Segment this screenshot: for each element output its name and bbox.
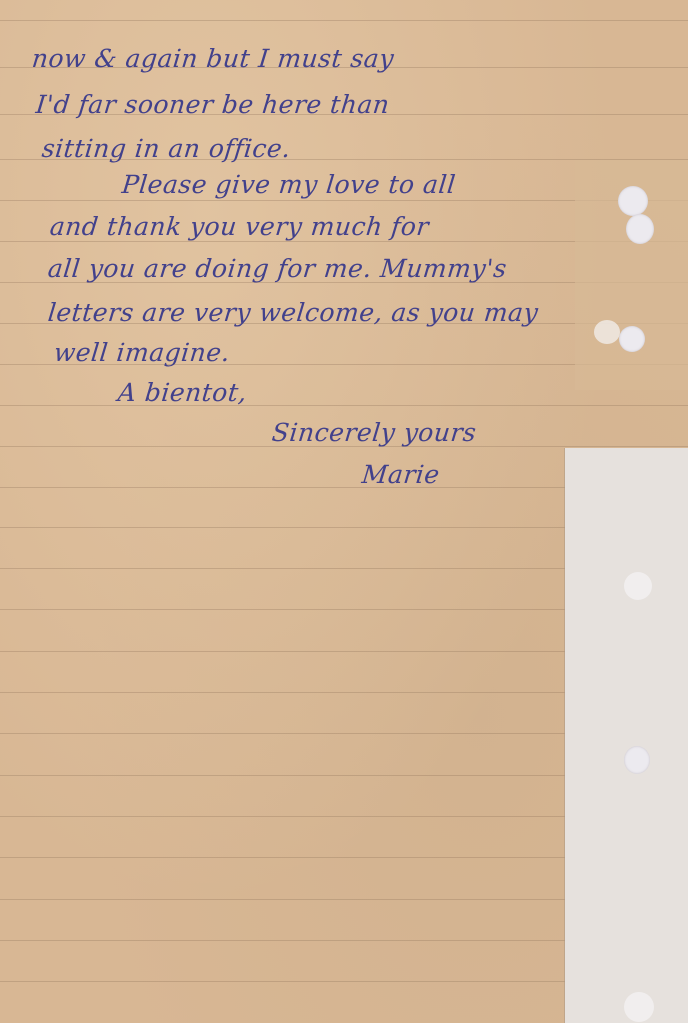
ruled-line [0,899,565,900]
letter-line: well imagine. [52,338,231,367]
ruled-line [0,692,565,693]
punch-hole [626,214,654,244]
closing: Sincerely yours [270,418,477,447]
punch-hole [594,320,620,344]
punch-hole [618,186,648,216]
ruled-line [0,775,565,776]
signature: Marie [360,460,441,489]
ruled-line [0,405,688,406]
letter-line: all you are doing for me. Mummy's [46,254,508,283]
ruled-line [0,857,565,858]
letter-page: now & again but I must say I'd far soone… [0,0,688,1023]
ruled-line [0,20,688,21]
letter-line: now & again but I must say [30,44,395,73]
ruled-line [0,527,565,528]
letter-line: A bientot, [116,378,248,407]
ruled-line [0,568,565,569]
ruled-line [0,981,565,982]
punch-hole [619,326,645,352]
punch-hole [624,572,652,600]
punch-hole [624,746,650,774]
letter-line: I'd far sooner be here than [34,90,391,119]
letter-line: and thank you very much for [48,212,430,241]
punch-hole [624,992,654,1022]
backing-paper-strip [565,448,688,1023]
ruled-line [0,651,565,652]
letter-line: sitting in an office. [40,134,292,163]
ruled-line [0,816,565,817]
ruled-line [0,609,565,610]
ruled-line [0,733,565,734]
letter-line: Please give my love to all [120,170,457,199]
ruled-line [0,940,565,941]
ruled-line [0,487,565,488]
letter-line: letters are very welcome, as you may [46,298,539,327]
